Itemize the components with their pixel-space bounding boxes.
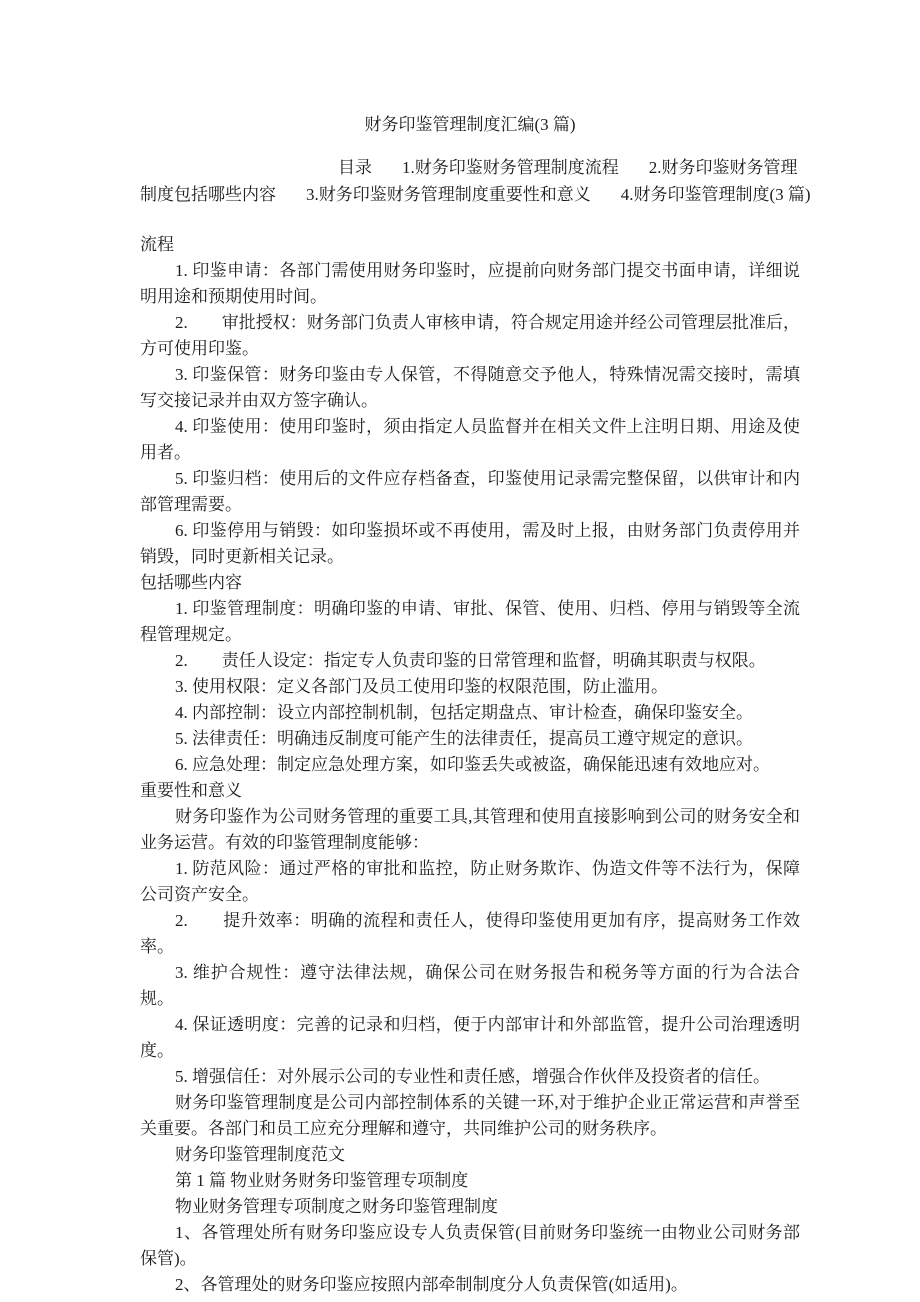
paragraph: 财务印鉴作为公司财务管理的重要工具,其管理和使用直接影响到公司的财务安全和业务运… — [140, 804, 800, 856]
paragraph: 5. 法律责任：明确违反制度可能产生的法律责任，提高员工遵守规定的意识。 — [140, 726, 800, 752]
toc-line-2: 制度包括哪些内容3.财务印鉴财务管理制度重要性和意义4.财务印鉴管理制度(3 篇… — [140, 181, 800, 208]
paragraph: 4. 保证透明度：完善的记录和归档，便于内部审计和外部监管，提升公司治理透明度。 — [140, 1012, 800, 1064]
paragraph: 3. 使用权限：定义各部门及员工使用印鉴的权限范围，防止滥用。 — [140, 674, 800, 700]
table-of-contents: 目录1.财务印鉴财务管理制度流程2.财务印鉴财务管理 制度包括哪些内容3.财务印… — [140, 154, 800, 208]
toc-tab — [591, 199, 621, 200]
paragraph: 1. 印鉴申请：各部门需使用财务印鉴时，应提前向财务部门提交书面申请，详细说明用… — [140, 258, 800, 310]
toc-tab — [372, 172, 402, 173]
document-content: 财务印鉴管理制度汇编(3 篇) 目录1.财务印鉴财务管理制度流程2.财务印鉴财务… — [140, 112, 800, 1298]
paragraph: 2. 审批授权：财务部门负责人审核申请，符合规定用途并经公司管理层批准后，方可使… — [140, 310, 800, 362]
paragraph: 2. 责任人设定：指定专人负责印鉴的日常管理和监督，明确其职责与权限。 — [140, 648, 800, 674]
paragraph: 2. 提升效率：明确的流程和责任人，使得印鉴使用更加有序，提高财务工作效率。 — [140, 908, 800, 960]
paragraph-subtitle: 物业财务管理专项制度之财务印鉴管理制度 — [140, 1194, 800, 1220]
paragraph: 6. 应急处理：制定应急处理方案，如印鉴丢失或被盗，确保能迅速有效地应对。 — [140, 752, 800, 778]
paragraph: 5. 印鉴归档：使用后的文件应存档备查，印鉴使用记录需完整保留，以供审计和内部管… — [140, 466, 800, 518]
paragraph: 1. 防范风险：通过严格的审批和监控，防止财务欺诈、伪造文件等不法行为，保障公司… — [140, 856, 800, 908]
paragraph: 6. 印鉴停用与销毁：如印鉴损坏或不再使用，需及时上报，由财务部门负责停用并销毁… — [140, 518, 800, 570]
section-heading-significance: 重要性和意义 — [140, 778, 800, 804]
toc-label: 目录 — [338, 158, 372, 177]
section-heading-process: 流程 — [140, 232, 800, 258]
paragraph-chapter-title: 第 1 篇 物业财务财务印鉴管理专项制度 — [140, 1168, 800, 1194]
paragraph: 3. 印鉴保管：财务印鉴由专人保管，不得随意交予他人，特殊情况需交接时，需填写交… — [140, 362, 800, 414]
paragraph: 1、各管理处所有财务印鉴应设专人负责保管(目前财务印鉴统一由物业公司财务部保管)… — [140, 1220, 800, 1272]
paragraph: 2、各管理处的财务印鉴应按照内部牵制制度分人负责保管(如适用)。 — [140, 1272, 800, 1298]
paragraph: 5. 增强信任：对外展示公司的专业性和责任感，增强合作伙伴及投资者的信任。 — [140, 1064, 800, 1090]
toc-tab — [276, 199, 306, 200]
toc-item-4: 4.财务印鉴管理制度(3 篇) — [621, 185, 811, 204]
toc-item-3: 3.财务印鉴财务管理制度重要性和意义 — [306, 185, 591, 204]
toc-line-1: 目录1.财务印鉴财务管理制度流程2.财务印鉴财务管理 — [140, 154, 800, 181]
toc-tab — [619, 172, 649, 173]
paragraph: 1. 印鉴管理制度：明确印鉴的申请、审批、保管、使用、归档、停用与销毁等全流程管… — [140, 596, 800, 648]
document-body: 流程 1. 印鉴申请：各部门需使用财务印鉴时，应提前向财务部门提交书面申请，详细… — [140, 232, 800, 1298]
paragraph: 财务印鉴管理制度是公司内部控制体系的关键一环,对于维护企业正常运营和声誉至关重要… — [140, 1090, 800, 1142]
paragraph-sample-title: 财务印鉴管理制度范文 — [140, 1142, 800, 1168]
toc-item-2-part2: 制度包括哪些内容 — [140, 185, 276, 204]
toc-item-2-part1: 2.财务印鉴财务管理 — [649, 158, 798, 177]
paragraph: 4. 印鉴使用：使用印鉴时，须由指定人员监督并在相关文件上注明日期、用途及使用者… — [140, 414, 800, 466]
paragraph: 4. 内部控制：设立内部控制机制，包括定期盘点、审计检查，确保印鉴安全。 — [140, 700, 800, 726]
document-page: 财务印鉴管理制度汇编(3 篇) 目录1.财务印鉴财务管理制度流程2.财务印鉴财务… — [0, 0, 920, 1302]
toc-item-1: 1.财务印鉴财务管理制度流程 — [402, 158, 619, 177]
document-title: 财务印鉴管理制度汇编(3 篇) — [140, 112, 800, 138]
paragraph: 3. 维护合规性：遵守法律法规，确保公司在财务报告和税务等方面的行为合法合规。 — [140, 960, 800, 1012]
section-heading-contents: 包括哪些内容 — [140, 570, 800, 596]
